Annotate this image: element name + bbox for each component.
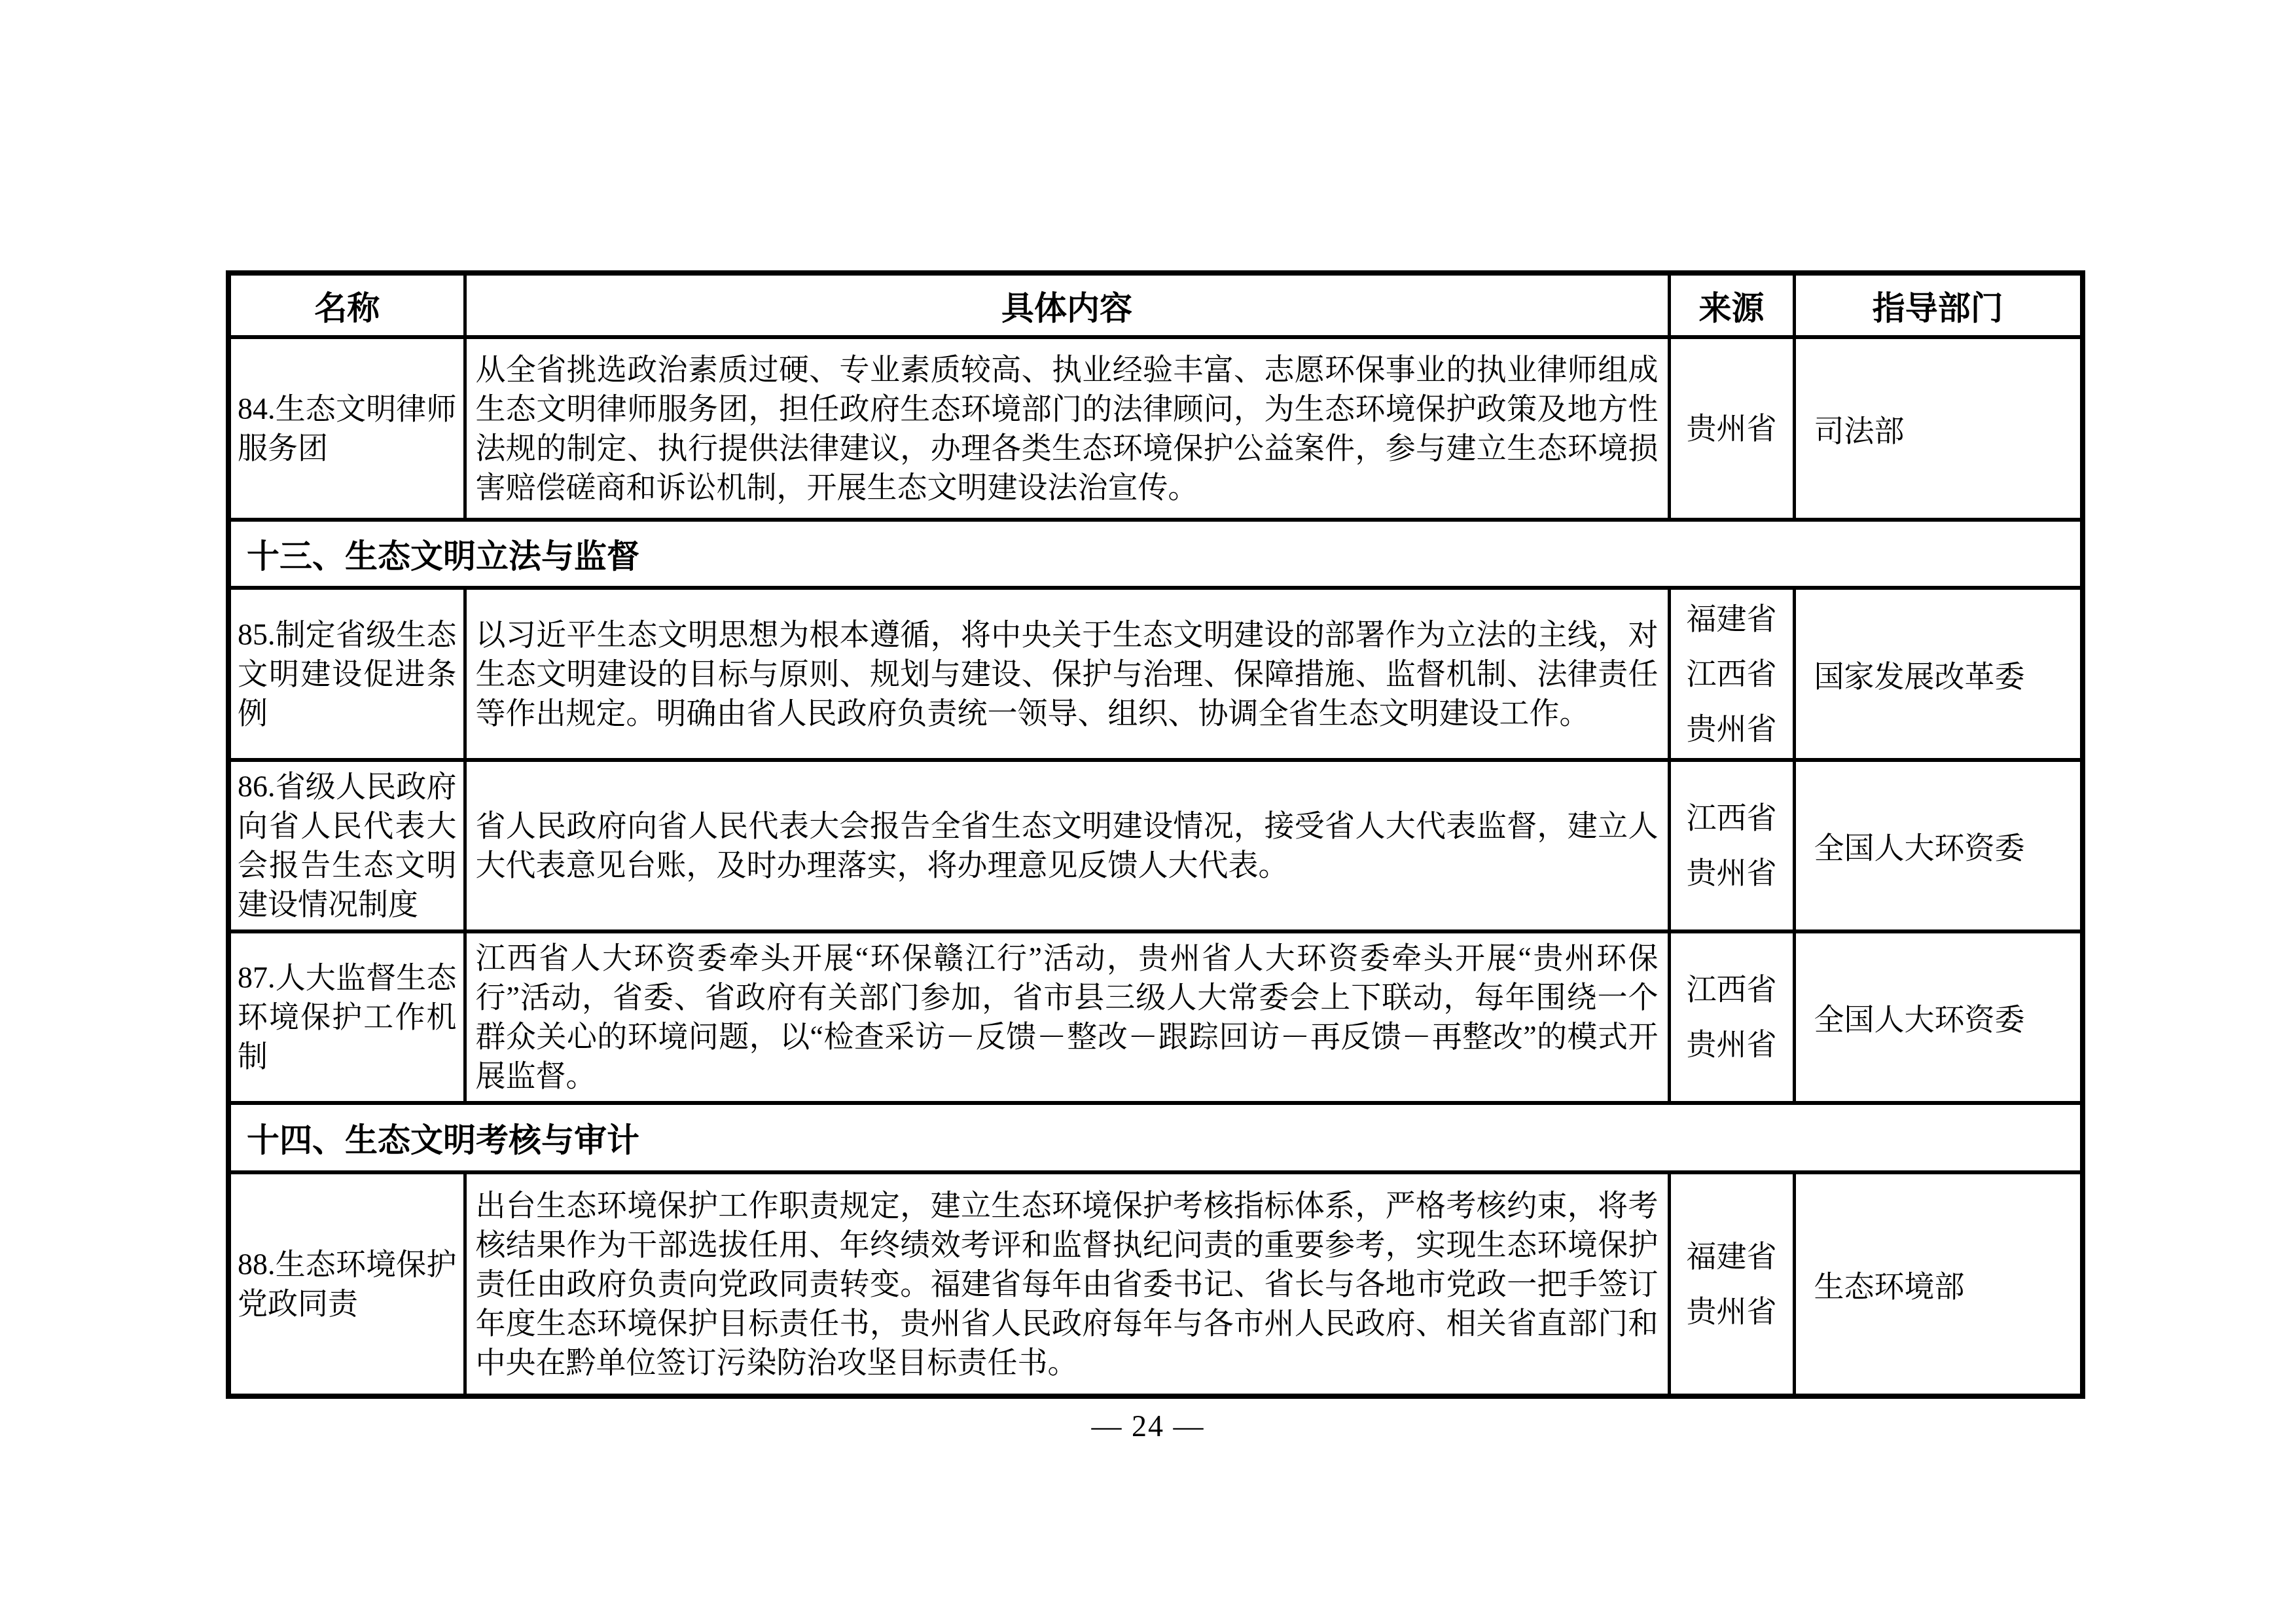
section-row: 十三、生态文明立法与监督 xyxy=(228,520,2083,588)
header-row: 名称 具体内容 来源 指导部门 xyxy=(228,273,2083,337)
item-name: 87.人大监督生态环境保护工作机制 xyxy=(228,931,465,1103)
item-department: 全国人大环资委 xyxy=(1794,760,2083,931)
item-content: 出台生态环境保护工作职责规定，建立生态环境保护考核指标体系，严格考核约束，将考核… xyxy=(465,1172,1669,1396)
item-department: 司法部 xyxy=(1794,337,2083,520)
item-name: 86.省级人民政府向省人民代表大会报告生态文明建设情况制度 xyxy=(228,760,465,931)
source-province: 贵州省 xyxy=(1674,1284,1790,1339)
table-header: 名称 具体内容 来源 指导部门 xyxy=(228,273,2083,337)
section-row: 十四、生态文明考核与审计 xyxy=(228,1103,2083,1172)
item-source: 江西省贵州省 xyxy=(1669,931,1794,1103)
source-province: 江西省 xyxy=(1674,791,1790,846)
section-title: 十四、生态文明考核与审计 xyxy=(228,1103,2083,1172)
page-number: — 24 — xyxy=(0,1409,2296,1443)
item-source: 贵州省 xyxy=(1669,337,1794,520)
item-name: 85.制定省级生态文明建设促进条例 xyxy=(228,588,465,760)
header-name: 名称 xyxy=(228,273,465,337)
item-department: 全国人大环资委 xyxy=(1794,931,2083,1103)
source-province: 贵州省 xyxy=(1674,1017,1790,1072)
table-row: 85.制定省级生态文明建设促进条例以习近平生态文明思想为根本遵循，将中央关于生态… xyxy=(228,588,2083,760)
source-province: 贵州省 xyxy=(1674,846,1790,901)
item-source: 江西省贵州省 xyxy=(1669,760,1794,931)
item-content: 以习近平生态文明思想为根本遵循，将中央关于生态文明建设的部署作为立法的主线，对生… xyxy=(465,588,1669,760)
item-name: 84.生态文明律师服务团 xyxy=(228,337,465,520)
item-content: 省人民政府向省人民代表大会报告全省生态文明建设情况，接受省人大代表监督，建立人大… xyxy=(465,760,1669,931)
section-title: 十三、生态文明立法与监督 xyxy=(228,520,2083,588)
item-content: 从全省挑选政治素质过硬、专业素质较高、执业经验丰富、志愿环保事业的执业律师组成生… xyxy=(465,337,1669,520)
policy-measures-table: 名称 具体内容 来源 指导部门 84.生态文明律师服务团从全省挑选政治素质过硬、… xyxy=(226,270,2085,1399)
item-name: 88.生态环境保护党政同责 xyxy=(228,1172,465,1396)
table-row: 87.人大监督生态环境保护工作机制江西省人大环资委牵头开展“环保赣江行”活动，贵… xyxy=(228,931,2083,1103)
item-department: 国家发展改革委 xyxy=(1794,588,2083,760)
item-department: 生态环境部 xyxy=(1794,1172,2083,1396)
table-row: 88.生态环境保护党政同责出台生态环境保护工作职责规定，建立生态环境保护考核指标… xyxy=(228,1172,2083,1396)
source-province: 贵州省 xyxy=(1674,702,1790,757)
source-province: 江西省 xyxy=(1674,962,1790,1017)
source-province: 福建省 xyxy=(1674,592,1790,647)
item-source: 福建省贵州省 xyxy=(1669,1172,1794,1396)
header-source: 来源 xyxy=(1669,273,1794,337)
source-province: 贵州省 xyxy=(1674,401,1790,456)
source-province: 江西省 xyxy=(1674,647,1790,702)
table-body: 84.生态文明律师服务团从全省挑选政治素质过硬、专业素质较高、执业经验丰富、志愿… xyxy=(228,337,2083,1396)
header-content: 具体内容 xyxy=(465,273,1669,337)
header-department: 指导部门 xyxy=(1794,273,2083,337)
item-content: 江西省人大环资委牵头开展“环保赣江行”活动，贵州省人大环资委牵头开展“贵州环保行… xyxy=(465,931,1669,1103)
item-source: 福建省江西省贵州省 xyxy=(1669,588,1794,760)
table-row: 86.省级人民政府向省人民代表大会报告生态文明建设情况制度省人民政府向省人民代表… xyxy=(228,760,2083,931)
source-province: 福建省 xyxy=(1674,1229,1790,1284)
table-row: 84.生态文明律师服务团从全省挑选政治素质过硬、专业素质较高、执业经验丰富、志愿… xyxy=(228,337,2083,520)
document-page: { "page": { "number_label": "— 24 —" }, … xyxy=(0,0,2296,1624)
